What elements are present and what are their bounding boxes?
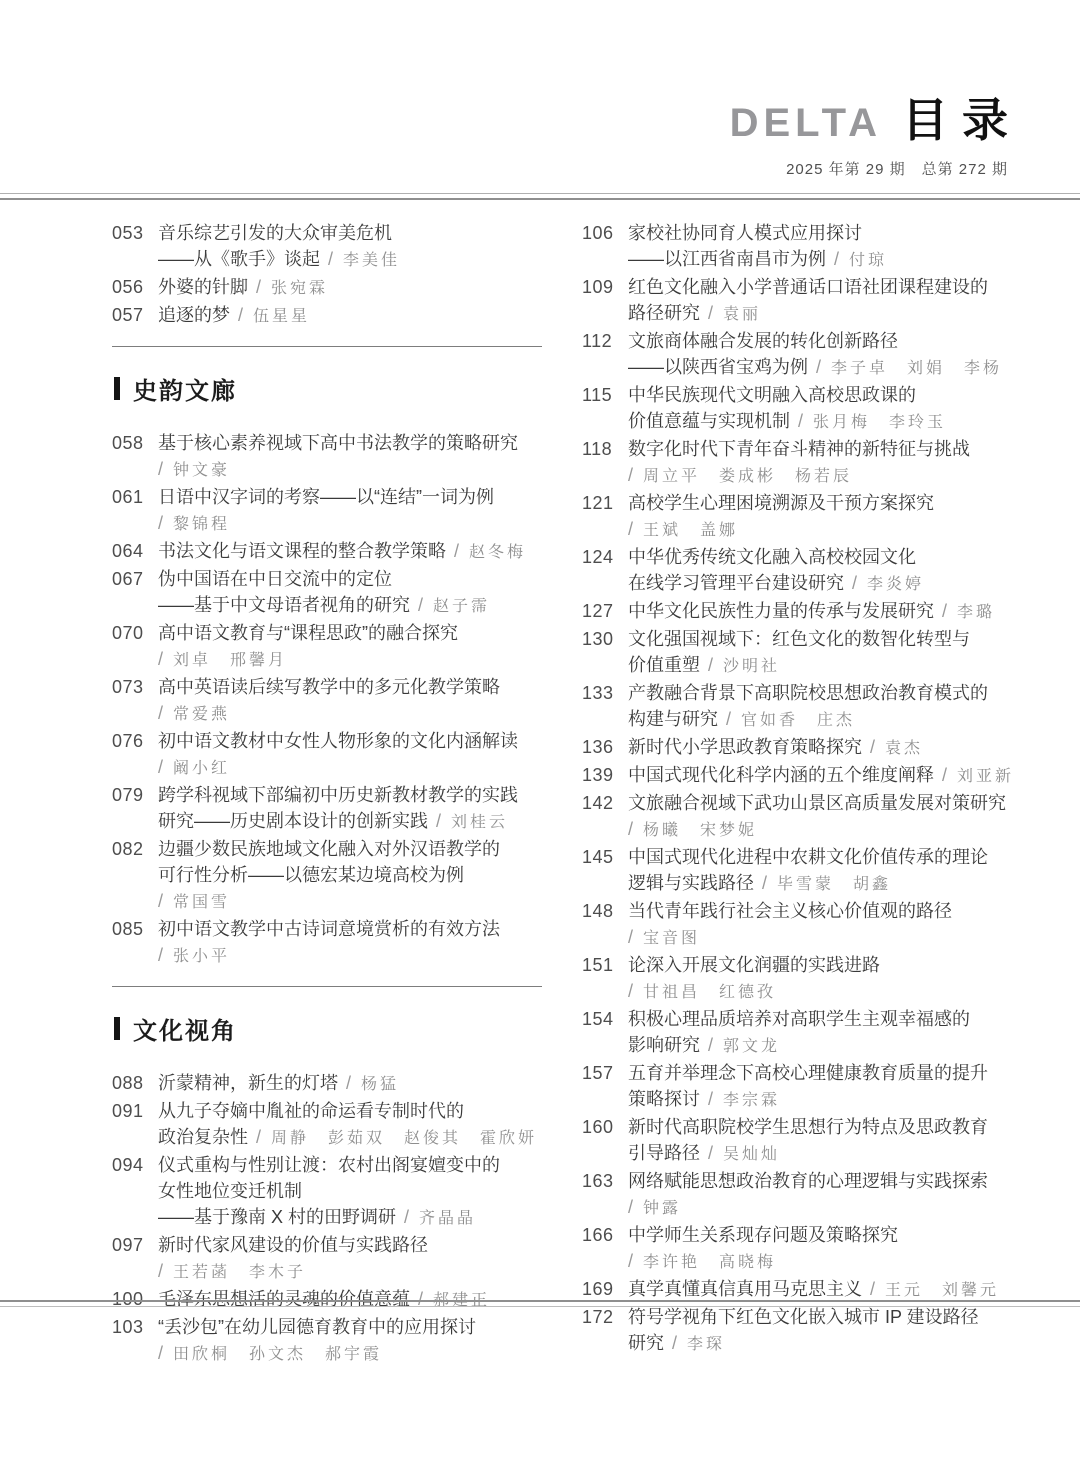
entry-body: 当代青年践行社会主义核心价值观的路径/宝音图 <box>628 898 1012 952</box>
author-slash: / <box>158 703 163 723</box>
entry-body: 产教融合背景下高职院校思想政治教育模式的构建与研究/官如香 庄杰 <box>628 680 1012 734</box>
entry-title-text: 高校学生心理困境溯源及干预方案探究 <box>628 493 934 513</box>
toc-entry: 057追逐的梦/伍星星 <box>112 302 542 330</box>
entry-title-text: 当代青年践行社会主义核心价值观的路径 <box>628 901 952 921</box>
entry-title-text: 中学师生关系现存问题及策略探究 <box>628 1225 898 1245</box>
section-marker <box>114 1017 120 1040</box>
entry-title-line: 价值意蕴与实现机制/张月梅 李玲玉 <box>628 408 1012 436</box>
entry-page-number: 112 <box>582 328 628 354</box>
entry-title-line: ——以陕西省宝鸡为例/李子卓 刘娟 李杨 <box>628 354 1012 382</box>
entry-title-text: 数字化时代下青年奋斗精神的新特征与挑战 <box>628 439 970 459</box>
author-slash: / <box>628 819 633 839</box>
author-slash: / <box>256 277 261 297</box>
entry-title-line: 新时代高职院校学生思想行为特点及思政教育 <box>628 1114 1012 1140</box>
author-slash: / <box>454 541 459 561</box>
toc-entry: 127中华文化民族性力量的传承与发展研究/李璐 <box>582 598 1012 626</box>
entry-authors: 宝音图 <box>643 930 700 947</box>
entry-title-line: /常爱燕 <box>158 700 542 728</box>
entry-page-number: 121 <box>582 490 628 516</box>
entry-title-text: 可行性分析——以德宏某边境高校为例 <box>158 865 464 885</box>
entry-title-text: 文旅商体融合发展的转化创新路径 <box>628 331 898 351</box>
entry-title-line: 中华民族现代文明融入高校思政课的 <box>628 382 1012 408</box>
entry-title-text: 积极心理品质培养对高职学生主观幸福感的 <box>628 1009 970 1029</box>
toc-entry: 121高校学生心理困境溯源及干预方案探究/王斌 盖娜 <box>582 490 1012 544</box>
entry-title-text: 中国式现代化进程中农耕文化价值传承的理论 <box>628 847 988 867</box>
entry-authors: 李许艳 高晓梅 <box>643 1254 776 1271</box>
entry-title-text: 家校社协同育人模式应用探讨 <box>628 223 862 243</box>
entry-title-text: 五育并举理念下高校心理健康教育质量的提升 <box>628 1063 988 1083</box>
entry-title-text: ——从《歌手》谈起 <box>158 249 320 269</box>
entry-title-text: 研究 <box>628 1333 664 1353</box>
toc-entry: 106家校社协同育人模式应用探讨——以江西省南昌市为例/付琼 <box>582 220 1012 274</box>
entry-body: 积极心理品质培养对高职学生主观幸福感的影响研究/郭文龙 <box>628 1006 1012 1060</box>
entry-page-number: 091 <box>112 1098 158 1124</box>
entry-title-line: /杨曦 宋梦妮 <box>628 816 1012 844</box>
toc-entry: 088沂蒙精神，新生的灯塔/杨猛 <box>112 1070 542 1098</box>
entry-title-line: /周立平 娄成彬 杨若辰 <box>628 462 1012 490</box>
entry-body: 边疆少数民族地域文化融入对外汉语教学的可行性分析——以德宏某边境高校为例/常国雪 <box>158 836 542 916</box>
entry-title-line: 影响研究/郭文龙 <box>628 1032 1012 1060</box>
section-label: 文化视角 <box>133 1011 237 1046</box>
issue-info: 2025 年第 29 期 总第 272 期 <box>0 158 1008 179</box>
toc-entry: 136新时代小学思政教育策略探究/袁杰 <box>582 734 1012 762</box>
author-slash: / <box>256 1127 261 1147</box>
entry-page-number: 057 <box>112 302 158 328</box>
entry-authors: 赵冬梅 <box>469 544 526 561</box>
entry-title-line: 外婆的针脚/张宛霖 <box>158 274 542 302</box>
entry-title-line: “丢沙包”在幼儿园德育教育中的应用探讨 <box>158 1314 542 1340</box>
entry-title-line: 文旅商体融合发展的转化创新路径 <box>628 328 1012 354</box>
entry-title-line: 新时代家风建设的价值与实践路径 <box>158 1232 542 1258</box>
toc-entry: 115中华民族现代文明融入高校思政课的价值意蕴与实现机制/张月梅 李玲玉 <box>582 382 1012 436</box>
toc-entry: 091从九子夺嫡中胤祉的命运看专制时代的政治复杂性/周静 彭茹双 赵俊其 霍欣妍 <box>112 1098 542 1152</box>
author-slash: / <box>708 303 713 323</box>
toc-entry: 097新时代家风建设的价值与实践路径/王若菡 李木子 <box>112 1232 542 1286</box>
author-slash: / <box>158 1343 163 1363</box>
entry-body: 音乐综艺引发的大众审美危机——从《歌手》谈起/李美佳 <box>158 220 542 274</box>
author-slash: / <box>404 1207 409 1227</box>
entry-title-text: 中华优秀传统文化融入高校校园文化 <box>628 547 916 567</box>
entry-page-number: 130 <box>582 626 628 652</box>
entry-page-number: 136 <box>582 734 628 760</box>
entry-title-text: 文旅融合视域下武功山景区高质量发展对策研究 <box>628 793 1006 813</box>
entry-title-line: 从九子夺嫡中胤祉的命运看专制时代的 <box>158 1098 542 1124</box>
author-slash: / <box>158 1261 163 1281</box>
entry-authors: 付琼 <box>849 252 887 269</box>
entry-page-number: 145 <box>582 844 628 870</box>
toc-column-left: 053音乐综艺引发的大众审美危机——从《歌手》谈起/李美佳056外婆的针脚/张宛… <box>112 220 542 1368</box>
entry-title-line: 伪中国语在中日交流中的定位 <box>158 566 542 592</box>
entry-title-line: 政治复杂性/周静 彭茹双 赵俊其 霍欣妍 <box>158 1124 542 1152</box>
entry-body: “丢沙包”在幼儿园德育教育中的应用探讨/田欣桐 孙文杰 郝宇霞 <box>158 1314 542 1368</box>
author-slash: / <box>816 357 821 377</box>
entry-title-line: 积极心理品质培养对高职学生主观幸福感的 <box>628 1006 1012 1032</box>
section-label: 史韵文廊 <box>133 371 237 406</box>
entry-body: 文化强国视域下：红色文化的数智化转型与价值重塑/沙明社 <box>628 626 1012 680</box>
entry-authors: 周立平 娄成彬 杨若辰 <box>643 468 852 485</box>
entry-title-line: 路径研究/袁丽 <box>628 300 1012 328</box>
entry-body: 中学师生关系现存问题及策略探究/李许艳 高晓梅 <box>628 1222 1012 1276</box>
entry-title-line: 边疆少数民族地域文化融入对外汉语教学的 <box>158 836 542 862</box>
entry-authors: 田欣桐 孙文杰 郝宇霞 <box>173 1346 382 1363</box>
entry-page-number: 166 <box>582 1222 628 1248</box>
entry-page-number: 148 <box>582 898 628 924</box>
entry-title-text: 从九子夺嫡中胤祉的命运看专制时代的 <box>158 1101 464 1121</box>
toc-entry: 109红色文化融入小学普通话口语社团课程建设的路径研究/袁丽 <box>582 274 1012 328</box>
entry-title-text: 高中英语读后续写教学中的多元化教学策略 <box>158 677 500 697</box>
author-slash: / <box>238 305 243 325</box>
entry-title-line: 家校社协同育人模式应用探讨 <box>628 220 1012 246</box>
section-header: 文化视角 <box>114 1011 542 1046</box>
entry-title-text: 价值意蕴与实现机制 <box>628 411 790 431</box>
entry-title-line: 网络赋能思想政治教育的心理逻辑与实践探索 <box>628 1168 1012 1194</box>
entry-page-number: 109 <box>582 274 628 300</box>
entry-title-line: /常国雪 <box>158 888 542 916</box>
entry-title-text: 仪式重构与性别让渡：农村出阁宴嬗变中的 <box>158 1155 500 1175</box>
entry-body: 基于核心素养视域下高中书法教学的策略研究/钟文豪 <box>158 430 542 484</box>
toc-entry: 082边疆少数民族地域文化融入对外汉语教学的可行性分析——以德宏某边境高校为例/… <box>112 836 542 916</box>
entry-body: 论深入开展文化润疆的实践进路/甘祖昌 红德孜 <box>628 952 1012 1006</box>
toc-title: 目录 <box>902 84 1022 150</box>
entry-title-text: 跨学科视域下部编初中历史新教材教学的实践 <box>158 785 518 805</box>
entry-title-line: 符号学视角下红色文化嵌入城市 IP 建设路径 <box>628 1304 1012 1330</box>
toc-entry: 139中国式现代化科学内涵的五个维度阐释/刘亚新 <box>582 762 1012 790</box>
entry-title-text: 初中语文教材中女性人物形象的文化内涵解读 <box>158 731 518 751</box>
entry-title-line: 跨学科视域下部编初中历史新教材教学的实践 <box>158 782 542 808</box>
entry-title-line: 高中英语读后续写教学中的多元化教学策略 <box>158 674 542 700</box>
entry-authors: 钟露 <box>643 1200 681 1217</box>
entry-authors: 毕雪蒙 胡鑫 <box>777 876 891 893</box>
toc-columns: 053音乐综艺引发的大众审美危机——从《歌手》谈起/李美佳056外婆的针脚/张宛… <box>0 200 1080 1368</box>
entry-page-number: 067 <box>112 566 158 592</box>
entry-title-line: 中华优秀传统文化融入高校校园文化 <box>628 544 1012 570</box>
entry-body: 高中语文教育与“课程思政”的融合探究/刘卓 邢馨月 <box>158 620 542 674</box>
author-slash: / <box>628 519 633 539</box>
entry-authors: 钟文豪 <box>173 462 230 479</box>
entry-title-line: ——以江西省南昌市为例/付琼 <box>628 246 1012 274</box>
footer-rule <box>0 1300 1080 1307</box>
author-slash: / <box>158 757 163 777</box>
entry-title-line: 逻辑与实践路径/毕雪蒙 胡鑫 <box>628 870 1012 898</box>
entry-title-line: 基于核心素养视域下高中书法教学的策略研究 <box>158 430 542 456</box>
entry-authors: 张月梅 李玲玉 <box>813 414 946 431</box>
entry-title-line: 数字化时代下青年奋斗精神的新特征与挑战 <box>628 436 1012 462</box>
entry-page-number: 157 <box>582 1060 628 1086</box>
entry-body: 文旅商体融合发展的转化创新路径——以陕西省宝鸡为例/李子卓 刘娟 李杨 <box>628 328 1012 382</box>
entry-page-number: 079 <box>112 782 158 808</box>
entry-title-text: 论深入开展文化润疆的实践进路 <box>628 955 880 975</box>
entry-authors: 张小平 <box>173 948 230 965</box>
entry-page-number: 058 <box>112 430 158 456</box>
entry-page-number: 076 <box>112 728 158 754</box>
entry-title-line: /刘卓 邢馨月 <box>158 646 542 674</box>
entry-title-line: 中学师生关系现存问题及策略探究 <box>628 1222 1012 1248</box>
entry-body: 红色文化融入小学普通话口语社团课程建设的路径研究/袁丽 <box>628 274 1012 328</box>
author-slash: / <box>628 981 633 1001</box>
entry-title-line: /王若菡 李木子 <box>158 1258 542 1286</box>
entry-title-text: 构建与研究 <box>628 709 718 729</box>
entry-page-number: 073 <box>112 674 158 700</box>
entry-authors: 李琛 <box>687 1336 725 1353</box>
entry-page-number: 082 <box>112 836 158 862</box>
entry-title-text: ——基于中文母语者视角的研究 <box>158 595 410 615</box>
entry-page-number: 103 <box>112 1314 158 1340</box>
entry-title-line: 初中语文教材中女性人物形象的文化内涵解读 <box>158 728 542 754</box>
entry-title-text: 新时代高职院校学生思想行为特点及思政教育 <box>628 1117 988 1137</box>
entry-title-text: ——以陕西省宝鸡为例 <box>628 357 808 377</box>
entry-title-line: 文化强国视域下：红色文化的数智化转型与 <box>628 626 1012 652</box>
entry-title-line: 仪式重构与性别让渡：农村出阁宴嬗变中的 <box>158 1152 542 1178</box>
entry-title-text: 基于核心素养视域下高中书法教学的策略研究 <box>158 433 518 453</box>
entry-body: 新时代高职院校学生思想行为特点及思政教育引导路径/吴灿灿 <box>628 1114 1012 1168</box>
entry-title-text: 政治复杂性 <box>158 1127 248 1147</box>
toc-entry: 172符号学视角下红色文化嵌入城市 IP 建设路径研究/李琛 <box>582 1304 1012 1358</box>
entry-authors: 黎锦程 <box>173 516 230 533</box>
entry-page-number: 088 <box>112 1070 158 1096</box>
entry-authors: 刘桂云 <box>451 814 508 831</box>
author-slash: / <box>708 655 713 675</box>
entry-authors: 刘卓 邢馨月 <box>173 652 287 669</box>
entry-title-text: “丢沙包”在幼儿园德育教育中的应用探讨 <box>158 1317 476 1337</box>
toc-entry: 160新时代高职院校学生思想行为特点及思政教育引导路径/吴灿灿 <box>582 1114 1012 1168</box>
entry-authors: 杨曦 宋梦妮 <box>643 822 757 839</box>
entry-body: 中国式现代化进程中农耕文化价值传承的理论逻辑与实践路径/毕雪蒙 胡鑫 <box>628 844 1012 898</box>
entry-title-text: 逻辑与实践路径 <box>628 873 754 893</box>
entry-body: 中华优秀传统文化融入高校校园文化在线学习管理平台建设研究/李炎婷 <box>628 544 1012 598</box>
toc-entry: 154积极心理品质培养对高职学生主观幸福感的影响研究/郭文龙 <box>582 1006 1012 1060</box>
entry-title-text: 沂蒙精神，新生的灯塔 <box>158 1073 338 1093</box>
author-slash: / <box>158 459 163 479</box>
entry-body: 追逐的梦/伍星星 <box>158 302 542 330</box>
entry-title-line: 红色文化融入小学普通话口语社团课程建设的 <box>628 274 1012 300</box>
author-slash: / <box>628 1197 633 1217</box>
author-slash: / <box>870 737 875 757</box>
entry-page-number: 106 <box>582 220 628 246</box>
entry-authors: 李宗霖 <box>723 1092 780 1109</box>
entry-title-line: 论深入开展文化润疆的实践进路 <box>628 952 1012 978</box>
entry-title-line: 音乐综艺引发的大众审美危机 <box>158 220 542 246</box>
toc-column-right: 106家校社协同育人模式应用探讨——以江西省南昌市为例/付琼109红色文化融入小… <box>582 220 1012 1368</box>
entry-title-text: 策略探讨 <box>628 1089 700 1109</box>
entry-authors: 常国雪 <box>173 894 230 911</box>
author-slash: / <box>834 249 839 269</box>
entry-title-line: 书法文化与语文课程的整合教学策略/赵冬梅 <box>158 538 542 566</box>
entry-title-text: 日语中汉字词的考察——以“连结”一词为例 <box>158 487 494 507</box>
entry-title-text: 音乐综艺引发的大众审美危机 <box>158 223 392 243</box>
entry-page-number: 094 <box>112 1152 158 1178</box>
entry-body: 沂蒙精神，新生的灯塔/杨猛 <box>158 1070 542 1098</box>
author-slash: / <box>726 709 731 729</box>
entry-title-line: /张小平 <box>158 942 542 970</box>
entry-page-number: 172 <box>582 1304 628 1330</box>
entry-authors: 阚小红 <box>173 760 230 777</box>
entry-page-number: 070 <box>112 620 158 646</box>
toc-entry: 133产教融合背景下高职院校思想政治教育模式的构建与研究/官如香 庄杰 <box>582 680 1012 734</box>
entry-authors: 张宛霖 <box>271 280 328 297</box>
entry-title-line: ——从《歌手》谈起/李美佳 <box>158 246 542 274</box>
entry-body: 中国式现代化科学内涵的五个维度阐释/刘亚新 <box>628 762 1012 790</box>
toc-entry: 079跨学科视域下部编初中历史新教材教学的实践研究——历史剧本设计的创新实践/刘… <box>112 782 542 836</box>
entry-authors: 王元 刘馨元 <box>885 1282 999 1299</box>
entry-body: 仪式重构与性别让渡：农村出阁宴嬗变中的女性地位变迁机制——基于豫南 X 村的田野… <box>158 1152 542 1232</box>
brand-line: DELTA 目录 <box>0 84 1008 150</box>
author-slash: / <box>708 1089 713 1109</box>
entry-title-text: 研究——历史剧本设计的创新实践 <box>158 811 428 831</box>
journal-logo: DELTA <box>730 101 882 146</box>
entry-page-number: 160 <box>582 1114 628 1140</box>
toc-entry: 073高中英语读后续写教学中的多元化教学策略/常爱燕 <box>112 674 542 728</box>
entry-title-line: 新时代小学思政教育策略探究/袁杰 <box>628 734 1012 762</box>
entry-title-line: 沂蒙精神，新生的灯塔/杨猛 <box>158 1070 542 1098</box>
entry-title-line: 文旅融合视域下武功山景区高质量发展对策研究 <box>628 790 1012 816</box>
toc-entry: 145中国式现代化进程中农耕文化价值传承的理论逻辑与实践路径/毕雪蒙 胡鑫 <box>582 844 1012 898</box>
entry-title-text: 外婆的针脚 <box>158 277 248 297</box>
entry-page-number: 124 <box>582 544 628 570</box>
toc-entry: 076初中语文教材中女性人物形象的文化内涵解读/阚小红 <box>112 728 542 782</box>
entry-body: 中华文化民族性力量的传承与发展研究/李璐 <box>628 598 1012 626</box>
toc-entry: 124中华优秀传统文化融入高校校园文化在线学习管理平台建设研究/李炎婷 <box>582 544 1012 598</box>
entry-title-text: 书法文化与语文课程的整合教学策略 <box>158 541 446 561</box>
entry-body: 高校学生心理困境溯源及干预方案探究/王斌 盖娜 <box>628 490 1012 544</box>
entry-authors: 沙明社 <box>723 658 780 675</box>
toc-entry: 061日语中汉字词的考察——以“连结”一词为例/黎锦程 <box>112 484 542 538</box>
entry-title-line: /钟文豪 <box>158 456 542 484</box>
toc-entry: 130文化强国视域下：红色文化的数智化转型与价值重塑/沙明社 <box>582 626 1012 680</box>
entry-body: 五育并举理念下高校心理健康教育质量的提升策略探讨/李宗霖 <box>628 1060 1012 1114</box>
author-slash: / <box>628 465 633 485</box>
toc-entry: 166中学师生关系现存问题及策略探究/李许艳 高晓梅 <box>582 1222 1012 1276</box>
entry-title-line: 五育并举理念下高校心理健康教育质量的提升 <box>628 1060 1012 1086</box>
toc-entry: 157五育并举理念下高校心理健康教育质量的提升策略探讨/李宗霖 <box>582 1060 1012 1114</box>
entry-authors: 吴灿灿 <box>723 1146 780 1163</box>
entry-title-text: 在线学习管理平台建设研究 <box>628 573 844 593</box>
toc-entry: 151论深入开展文化润疆的实践进路/甘祖昌 红德孜 <box>582 952 1012 1006</box>
toc-entry: 163网络赋能思想政治教育的心理逻辑与实践探索/钟露 <box>582 1168 1012 1222</box>
entry-title-line: 初中语文教学中古诗词意境赏析的有效方法 <box>158 916 542 942</box>
entry-body: 跨学科视域下部编初中历史新教材教学的实践研究——历史剧本设计的创新实践/刘桂云 <box>158 782 542 836</box>
entry-page-number: 151 <box>582 952 628 978</box>
author-slash: / <box>762 873 767 893</box>
toc-entry: 056外婆的针脚/张宛霖 <box>112 274 542 302</box>
section-header: 史韵文廊 <box>114 371 542 406</box>
entry-authors: 杨猛 <box>361 1076 399 1093</box>
entry-title-text: 伪中国语在中日交流中的定位 <box>158 569 392 589</box>
entry-authors: 李美佳 <box>343 252 400 269</box>
author-slash: / <box>708 1035 713 1055</box>
entry-title-line: ——基于豫南 X 村的田野调研/齐晶晶 <box>158 1204 542 1232</box>
toc-entry: 053音乐综艺引发的大众审美危机——从《歌手》谈起/李美佳 <box>112 220 542 274</box>
entry-title-text: 引导路径 <box>628 1143 700 1163</box>
section-marker <box>114 377 120 400</box>
entry-body: 网络赋能思想政治教育的心理逻辑与实践探索/钟露 <box>628 1168 1012 1222</box>
toc-entry: 058基于核心素养视域下高中书法教学的策略研究/钟文豪 <box>112 430 542 484</box>
entry-body: 日语中汉字词的考察——以“连结”一词为例/黎锦程 <box>158 484 542 538</box>
entry-title-line: /钟露 <box>628 1194 1012 1222</box>
author-slash: / <box>852 573 857 593</box>
entry-authors: 王若菡 李木子 <box>173 1264 306 1281</box>
author-slash: / <box>798 411 803 431</box>
entry-page-number: 118 <box>582 436 628 462</box>
entry-authors: 李璐 <box>957 604 995 621</box>
entry-title-line: 当代青年践行社会主义核心价值观的路径 <box>628 898 1012 924</box>
section-divider <box>112 346 542 347</box>
entry-authors: 伍星星 <box>253 308 310 325</box>
entry-title-line: 可行性分析——以德宏某边境高校为例 <box>158 862 542 888</box>
header-rule <box>0 193 1080 200</box>
toc-entry: 148当代青年践行社会主义核心价值观的路径/宝音图 <box>582 898 1012 952</box>
author-slash: / <box>158 891 163 911</box>
entry-title-text: 价值重塑 <box>628 655 700 675</box>
entry-authors: 周静 彭茹双 赵俊其 霍欣妍 <box>271 1130 537 1147</box>
entry-page-number: 163 <box>582 1168 628 1194</box>
toc-entry: 085初中语文教学中古诗词意境赏析的有效方法/张小平 <box>112 916 542 970</box>
entry-page-number: 085 <box>112 916 158 942</box>
author-slash: / <box>628 927 633 947</box>
author-slash: / <box>328 249 333 269</box>
entry-body: 从九子夺嫡中胤祉的命运看专制时代的政治复杂性/周静 彭茹双 赵俊其 霍欣妍 <box>158 1098 542 1152</box>
entry-title-text: 追逐的梦 <box>158 305 230 325</box>
entry-authors: 袁杰 <box>885 740 923 757</box>
section-divider <box>112 986 542 987</box>
entry-body: 新时代家风建设的价值与实践路径/王若菡 李木子 <box>158 1232 542 1286</box>
entry-page-number: 133 <box>582 680 628 706</box>
toc-entry: 067伪中国语在中日交流中的定位——基于中文母语者视角的研究/赵子霈 <box>112 566 542 620</box>
entry-body: 符号学视角下红色文化嵌入城市 IP 建设路径研究/李琛 <box>628 1304 1012 1358</box>
entry-title-line: /王斌 盖娜 <box>628 516 1012 544</box>
entry-body: 外婆的针脚/张宛霖 <box>158 274 542 302</box>
entry-title-text: 女性地位变迁机制 <box>158 1181 302 1201</box>
entry-title-line: 引导路径/吴灿灿 <box>628 1140 1012 1168</box>
toc-entry: 118数字化时代下青年奋斗精神的新特征与挑战/周立平 娄成彬 杨若辰 <box>582 436 1012 490</box>
toc-entry: 103“丢沙包”在幼儿园德育教育中的应用探讨/田欣桐 孙文杰 郝宇霞 <box>112 1314 542 1368</box>
author-slash: / <box>436 811 441 831</box>
entry-title-line: /李许艳 高晓梅 <box>628 1248 1012 1276</box>
entry-title-line: 高校学生心理困境溯源及干预方案探究 <box>628 490 1012 516</box>
entry-body: 新时代小学思政教育策略探究/袁杰 <box>628 734 1012 762</box>
entry-title-text: 符号学视角下红色文化嵌入城市 IP 建设路径 <box>628 1307 979 1327</box>
entry-title-line: /黎锦程 <box>158 510 542 538</box>
entry-authors: 郭文龙 <box>723 1038 780 1055</box>
entry-title-line: 中国式现代化进程中农耕文化价值传承的理论 <box>628 844 1012 870</box>
toc-entry: 094仪式重构与性别让渡：农村出阁宴嬗变中的女性地位变迁机制——基于豫南 X 村… <box>112 1152 542 1232</box>
entry-title-line: 构建与研究/官如香 庄杰 <box>628 706 1012 734</box>
entry-title-line: 女性地位变迁机制 <box>158 1178 542 1204</box>
entry-page-number: 056 <box>112 274 158 300</box>
entry-title-text: 高中语文教育与“课程思政”的融合探究 <box>158 623 458 643</box>
entry-title-line: 高中语文教育与“课程思政”的融合探究 <box>158 620 542 646</box>
entry-body: 书法文化与语文课程的整合教学策略/赵冬梅 <box>158 538 542 566</box>
entry-page-number: 115 <box>582 382 628 408</box>
author-slash: / <box>942 601 947 621</box>
entry-title-text: 中国式现代化科学内涵的五个维度阐释 <box>628 765 934 785</box>
entry-authors: 齐晶晶 <box>419 1210 476 1227</box>
entry-authors: 袁丽 <box>723 306 761 323</box>
entry-title-line: 策略探讨/李宗霖 <box>628 1086 1012 1114</box>
entry-title-text: 影响研究 <box>628 1035 700 1055</box>
author-slash: / <box>672 1333 677 1353</box>
entry-page-number: 064 <box>112 538 158 564</box>
entry-title-text: ——以江西省南昌市为例 <box>628 249 826 269</box>
entry-body: 数字化时代下青年奋斗精神的新特征与挑战/周立平 娄成彬 杨若辰 <box>628 436 1012 490</box>
entry-title-text: 中华民族现代文明融入高校思政课的 <box>628 385 916 405</box>
toc-page: { "header": { "logo": "DELTA", "title": … <box>0 0 1080 1460</box>
entry-title-text: 初中语文教学中古诗词意境赏析的有效方法 <box>158 919 500 939</box>
entry-page-number: 139 <box>582 762 628 788</box>
entry-body: 伪中国语在中日交流中的定位——基于中文母语者视角的研究/赵子霈 <box>158 566 542 620</box>
entry-title-text: 新时代小学思政教育策略探究 <box>628 737 862 757</box>
entry-title-line: 中国式现代化科学内涵的五个维度阐释/刘亚新 <box>628 762 1012 790</box>
entry-title-text: 红色文化融入小学普通话口语社团课程建设的 <box>628 277 988 297</box>
